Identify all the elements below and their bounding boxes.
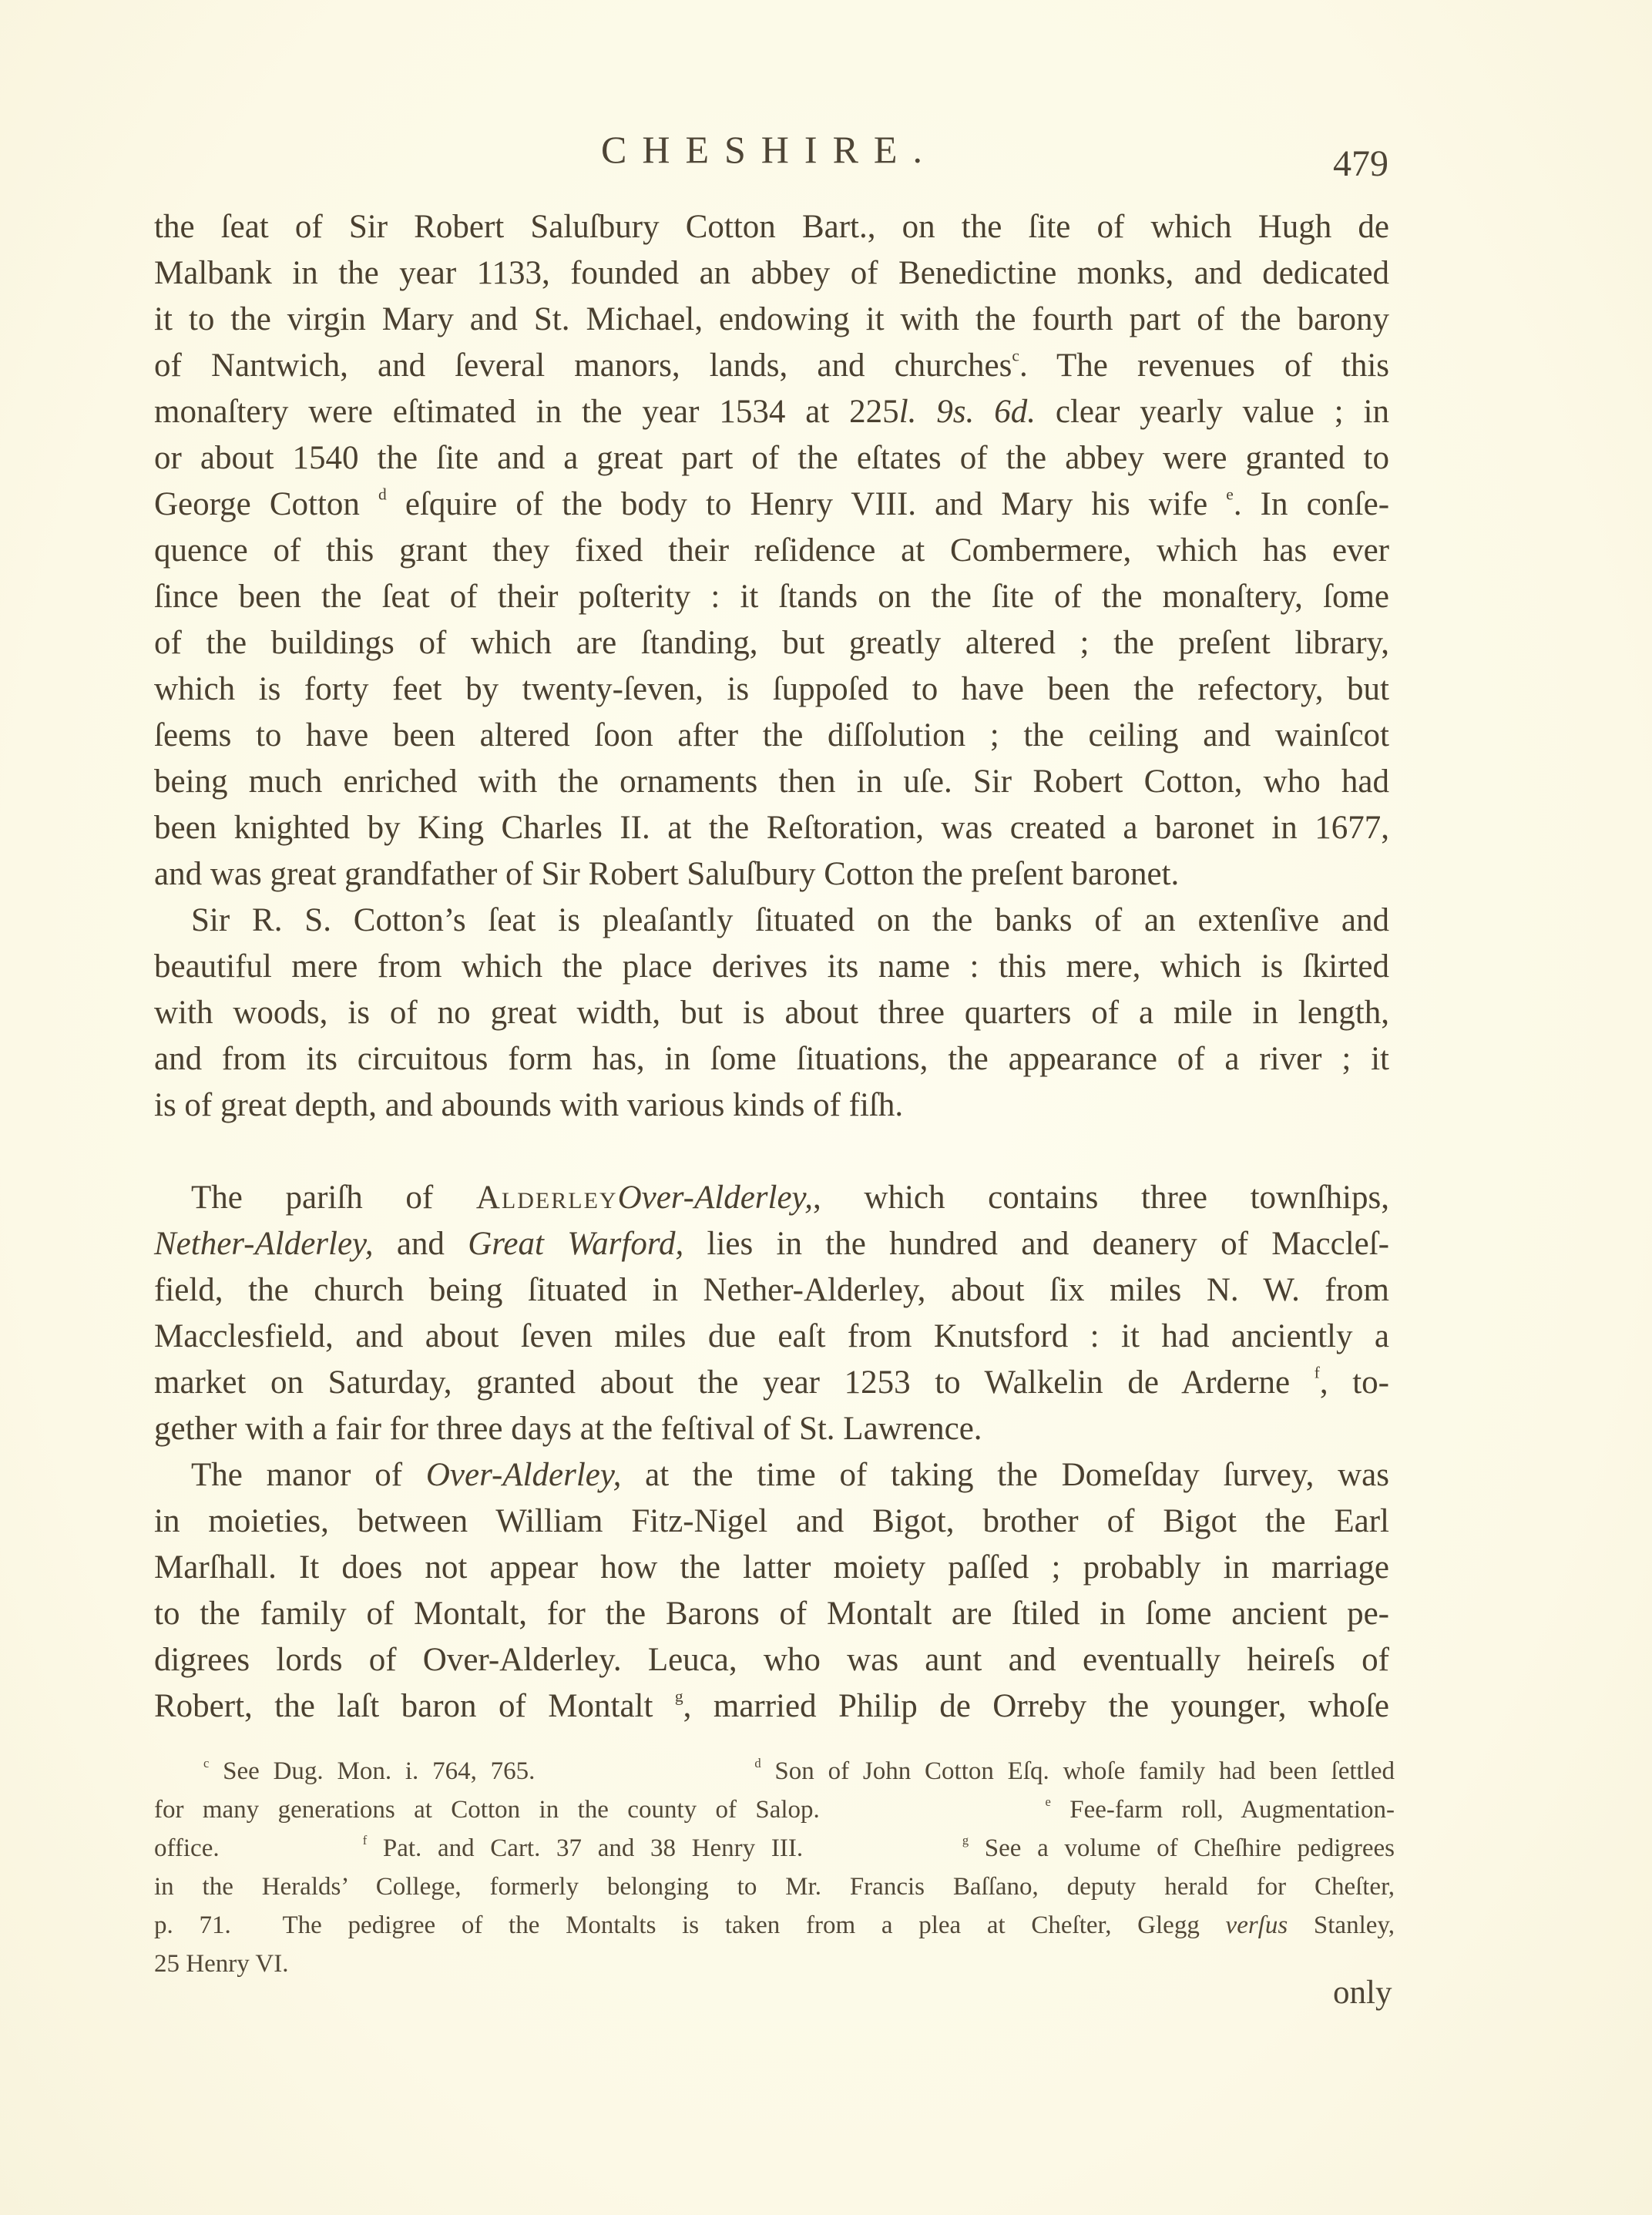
line-text: monaſtery were eſtimated in the year 153…	[154, 394, 899, 430]
line-text: Robert, the laſt baron of Montalt	[154, 1688, 675, 1724]
line-text: 25 Henry VI.	[154, 1950, 288, 1978]
line-text: it to the virgin Mary and St. Michael, e…	[154, 301, 1389, 337]
body-line: Nether-Alderley, and Great Warford, lies…	[154, 1221, 1389, 1267]
body-line: Macclesfield, and about ſeven miles due …	[154, 1314, 1389, 1360]
line-text: Marſhall. It does not appear how the lat…	[154, 1549, 1389, 1586]
line-text: Pat. and Cart. 37 and 38 Henry III.	[367, 1834, 962, 1862]
line-text: clear yearly value ; in	[1036, 394, 1389, 430]
line-text: Sir R. S. Cotton’s ſeat is pleaſantly ſi…	[191, 902, 1389, 938]
body-line: with woods, is of no great width, but is…	[154, 990, 1389, 1036]
line-text: and was great grandfather of Sir Robert …	[154, 856, 1179, 892]
body-line: Robert, the laſt baron of Montalt g, mar…	[154, 1683, 1389, 1730]
line-text: Macclesfield, and about ſeven miles due …	[154, 1318, 1389, 1354]
line-text: The manor of	[191, 1457, 426, 1493]
body-line: which is forty feet by twenty-ſeven, is …	[154, 666, 1389, 713]
body-line: being much enriched with the ornaments t…	[154, 759, 1389, 805]
body-line: of the buildings of which are ſtanding, …	[154, 620, 1389, 666]
small-caps-name: Alderley	[476, 1180, 618, 1216]
line-text: See Dug. Mon. i. 764, 765.	[209, 1757, 754, 1785]
footnote-line: c See Dug. Mon. i. 764, 765. d Son of Jo…	[154, 1753, 1395, 1790]
body-line: The manor of Over-Alderley, at the time …	[154, 1452, 1389, 1498]
body-line: or about 1540 the ſite and a great part …	[154, 435, 1389, 482]
body-line: ſeems to have been altered ſoon after th…	[154, 713, 1389, 759]
body-line: the ſeat of Sir Robert Saluſbury Cotton …	[154, 204, 1389, 250]
body-line: of Nantwich, and ſeveral manors, lands, …	[154, 343, 1389, 389]
body-line: Marſhall. It does not appear how the lat…	[154, 1545, 1389, 1591]
line-text: . In conſe-	[1234, 486, 1389, 522]
body-line: gether with a fair for three days at the…	[154, 1406, 1389, 1452]
line-text: digrees lords of Over-Alderley. Leuca, w…	[154, 1642, 1389, 1678]
body-line: been knighted by King Charles II. at the…	[154, 805, 1389, 851]
line-text: Malbank in the year 1133, founded an abb…	[154, 255, 1389, 291]
italic-text: l. 9s. 6d.	[899, 394, 1036, 430]
line-text: The pariſh of	[191, 1180, 476, 1216]
line-text: to the family of Montalt, for the Barons…	[154, 1596, 1389, 1632]
line-text: Son of John Cotton Eſq. whoſe family had…	[761, 1757, 1395, 1785]
line-text: . The revenues of this	[1019, 347, 1389, 384]
italic-text: verſus	[1226, 1911, 1288, 1939]
running-title: CHESHIRE.	[601, 127, 938, 172]
body-line: Sir R. S. Cotton’s ſeat is pleaſantly ſi…	[154, 898, 1389, 944]
line-text: ſeems to have been altered ſoon after th…	[154, 717, 1389, 753]
line-text: ſince been the ſeat of their poſterity :…	[154, 579, 1389, 615]
line-text: p. 71. The pedigree of the Montalts is t…	[154, 1911, 1226, 1939]
footnote-ref: c	[1012, 347, 1019, 365]
line-text: George Cotton	[154, 486, 378, 522]
line-text: , which contains three townſhips,	[813, 1180, 1389, 1216]
footnote-ref: d	[754, 1756, 761, 1770]
footnote-ref: f	[1315, 1364, 1320, 1382]
footnote-ref: e	[1046, 1794, 1051, 1809]
body-line: beautiful mere from which the place deri…	[154, 944, 1389, 990]
body-line: in moieties, between William Fitz-Nigel …	[154, 1498, 1389, 1545]
footnote-line: in the Heralds’ College, formerly belong…	[154, 1868, 1395, 1905]
body-line: The pariſh of AlderleyOver-Alderley,, wh…	[154, 1175, 1389, 1221]
line-text: Fee-farm roll, Augmentation-	[1051, 1796, 1395, 1824]
line-text: or about 1540 the ſite and a great part …	[154, 440, 1389, 476]
line-text: gether with a fair for three days at the…	[154, 1411, 982, 1447]
italic-text: Over-Alderley,	[618, 1180, 813, 1216]
footnote-ref: g	[675, 1687, 683, 1706]
footnote-line: 25 Henry VI.	[154, 1945, 1395, 1982]
line-text: for many generations at Cotton in the co…	[154, 1796, 1046, 1824]
line-text: in the Heralds’ College, formerly belong…	[154, 1873, 1395, 1901]
italic-text: Nether-Alderley,	[154, 1226, 374, 1262]
line-text: beautiful mere from which the place deri…	[154, 948, 1389, 985]
footnote-line: for many generations at Cotton in the co…	[154, 1791, 1395, 1828]
line-text: and from its circuitous form has, in ſom…	[154, 1041, 1389, 1077]
line-text: with woods, is of no great width, but is…	[154, 995, 1389, 1031]
body-line: is of great depth, and abounds with vari…	[154, 1082, 1389, 1129]
line-text: eſquire of the body to Henry VIII. and M…	[387, 486, 1227, 522]
italic-text: Great Warford,	[468, 1226, 683, 1262]
footnote-ref: g	[962, 1833, 969, 1848]
line-text: in moieties, between William Fitz-Nigel …	[154, 1503, 1389, 1539]
line-text: which is forty feet by twenty-ſeven, is …	[154, 671, 1389, 707]
line-text: been knighted by King Charles II. at the…	[154, 810, 1389, 846]
body-line: it to the virgin Mary and St. Michael, e…	[154, 297, 1389, 343]
body-line: quence of this grant they fixed their re…	[154, 528, 1389, 574]
italic-text: Over-Alderley,	[426, 1457, 621, 1493]
footnote-line: p. 71. The pedigree of the Montalts is t…	[154, 1907, 1395, 1944]
line-text: See a volume of Cheſhire pedigrees	[969, 1834, 1395, 1862]
line-text: lies in the hundred and deanery of Maccl…	[683, 1226, 1389, 1262]
catchword: only	[1333, 1974, 1392, 2012]
body-line: and was great grandfather of Sir Robert …	[154, 851, 1389, 898]
line-text: office.	[154, 1834, 363, 1862]
line-text: at the time of taking the Domeſday ſurve…	[621, 1457, 1389, 1493]
line-text: quence of this grant they fixed their re…	[154, 532, 1389, 569]
line-text: of the buildings of which are ſtanding, …	[154, 625, 1389, 661]
line-text: and	[374, 1226, 468, 1262]
line-text: is of great depth, and abounds with vari…	[154, 1087, 903, 1123]
body-line: ſince been the ſeat of their poſterity :…	[154, 574, 1389, 620]
footnote-ref: d	[378, 485, 387, 504]
body-line: digrees lords of Over-Alderley. Leuca, w…	[154, 1637, 1389, 1683]
line-text: market on Saturday, granted about the ye…	[154, 1364, 1315, 1401]
body-line: George Cotton d eſquire of the body to H…	[154, 482, 1389, 528]
body-line: field, the church being ſituated in Neth…	[154, 1267, 1389, 1314]
page-number: 479	[1333, 143, 1388, 185]
footnote-ref: e	[1226, 485, 1234, 504]
body-line: and from its circuitous form has, in ſom…	[154, 1036, 1389, 1082]
book-page: CHESHIRE. 479 the ſeat of Sir Robert Sal…	[0, 0, 1652, 2215]
line-text: of Nantwich, and ſeveral manors, lands, …	[154, 347, 1012, 384]
line-text: the ſeat of Sir Robert Saluſbury Cotton …	[154, 209, 1389, 245]
body-line: Malbank in the year 1133, founded an abb…	[154, 250, 1389, 297]
footnote-line: office. f Pat. and Cart. 37 and 38 Henry…	[154, 1830, 1395, 1867]
line-text: field, the church being ſituated in Neth…	[154, 1272, 1389, 1308]
line-text: , to-	[1320, 1364, 1389, 1401]
line-text: Stanley,	[1288, 1911, 1395, 1939]
body-line: market on Saturday, granted about the ye…	[154, 1360, 1389, 1406]
line-text: , married Philip de Orreby the younger, …	[683, 1688, 1389, 1724]
body-line: to the family of Montalt, for the Barons…	[154, 1591, 1389, 1637]
line-text: being much enriched with the ornaments t…	[154, 764, 1389, 800]
body-line: monaſtery were eſtimated in the year 153…	[154, 389, 1389, 435]
